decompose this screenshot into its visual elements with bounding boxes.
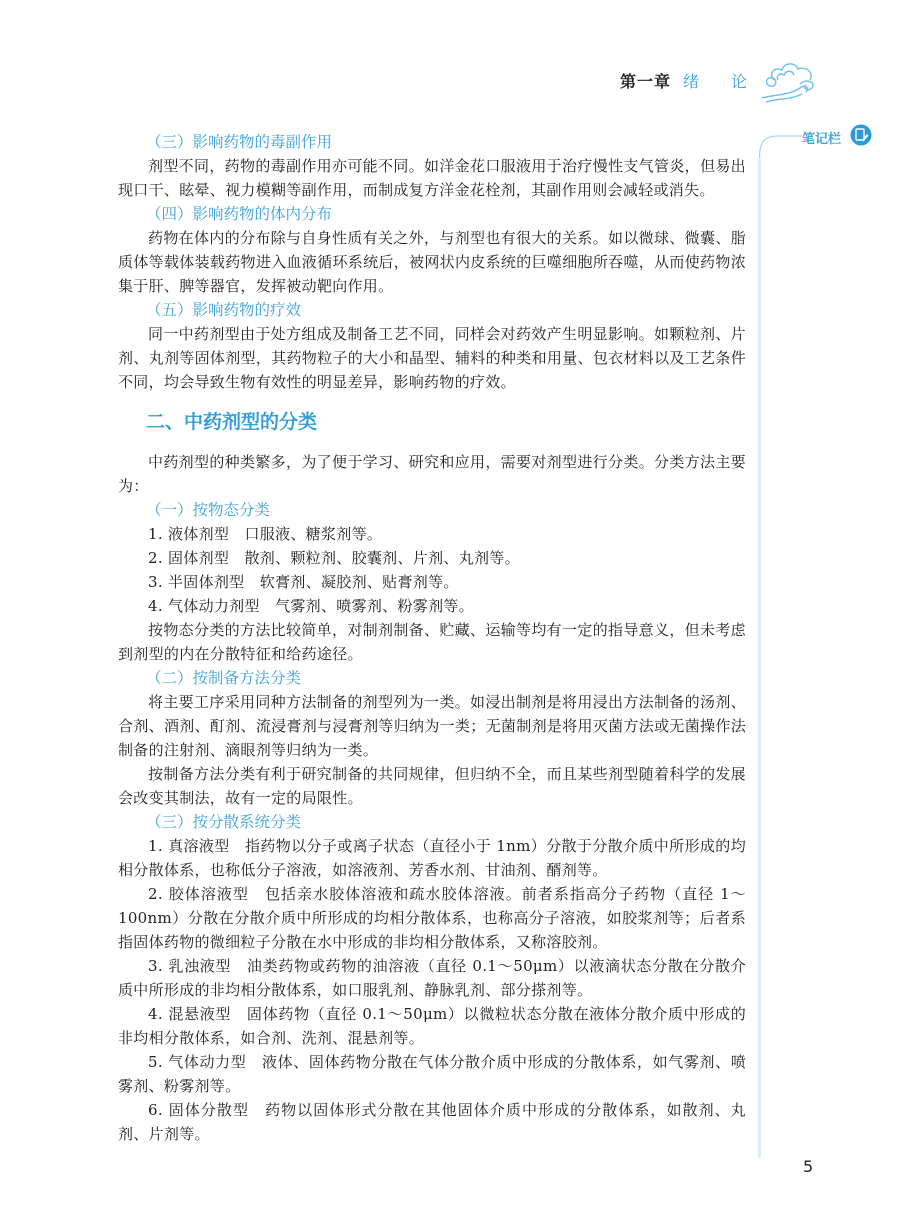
list-item: 6. 固体分散型 药物以固体形式分散在其他固体介质中形成的分散体系，如散剂、丸剂… — [118, 1098, 746, 1146]
paragraph: 按制备方法分类有利于研究制备的共同规律，但归纳不全，而且某些剂型随着科学的发展会… — [118, 762, 746, 810]
paragraph: 中药剂型的种类繁多，为了便于学习、研究和应用，需要对剂型进行分类。分类方法主要为… — [118, 450, 746, 498]
section-heading: （三）影响药物的毒副作用 — [146, 130, 746, 154]
list-item: 3. 乳浊液型 油类药物或药物的油溶液（直径 0.1～50μm）以液滴状态分散在… — [118, 954, 746, 1002]
section-heading: （二）按制备方法分类 — [146, 666, 746, 690]
notes-divider — [758, 158, 761, 1158]
chapter-section-heading: 二、中药剂型的分类 — [146, 408, 746, 436]
list-item: 4. 气体动力剂型 气雾剂、喷雾剂、粉雾剂等。 — [118, 594, 746, 618]
list-item: 3. 半固体剂型 软膏剂、凝胶剂、贴膏剂等。 — [118, 570, 746, 594]
section-heading: （三）按分散系统分类 — [146, 810, 746, 834]
section-heading: （一）按物态分类 — [146, 498, 746, 522]
page-body: （三）影响药物的毒副作用 剂型不同，药物的毒副作用亦可能不同。如洋金花口服液用于… — [118, 130, 746, 1146]
notes-column: 笔记栏 — [758, 128, 900, 1138]
running-header: 第一章 绪论 — [620, 62, 779, 98]
list-item: 5. 气体动力型 液体、固体药物分散在气体分散介质中形成的分散体系，如气雾剂、喷… — [118, 1050, 746, 1098]
section-heading: （四）影响药物的体内分布 — [146, 202, 746, 226]
notes-bracket — [758, 128, 802, 158]
list-item: 4. 混悬液型 固体药物（直径 0.1～50μm）以微粒状态分散在液体分散介质中… — [118, 1002, 746, 1050]
paragraph: 同一中药剂型由于处方组成及制备工艺不同，同样会对药效产生明显影响。如颗粒剂、片剂… — [118, 322, 746, 394]
notes-label: 笔记栏 — [802, 128, 841, 147]
paragraph: 将主要工序采用同种方法制备的剂型列为一类。如浸出制剂是将用浸出方法制备的汤剂、合… — [118, 690, 746, 762]
list-item: 2. 固体剂型 散剂、颗粒剂、胶囊剂、片剂、丸剂等。 — [118, 546, 746, 570]
paragraph: 剂型不同，药物的毒副作用亦可能不同。如洋金花口服液用于治疗慢性支气管炎，但易出现… — [118, 154, 746, 202]
page-number: 5 — [803, 1157, 813, 1176]
paragraph: 按物态分类的方法比较简单，对制剂制备、贮藏、运输等均有一定的指导意义，但未考虑到… — [118, 618, 746, 666]
section-heading: （五）影响药物的疗效 — [146, 298, 746, 322]
cloud-ornament-icon — [760, 58, 824, 104]
note-pencil-icon — [850, 124, 872, 146]
list-item: 1. 液体剂型 口服液、糖浆剂等。 — [118, 522, 746, 546]
list-item: 1. 真溶液型 指药物以分子或离子状态（直径小于 1nm）分散于分散介质中所形成… — [118, 834, 746, 882]
list-item: 2. 胶体溶液型 包括亲水胶体溶液和疏水胶体溶液。前者系指高分子药物（直径 1～… — [118, 882, 746, 954]
paragraph: 药物在体内的分布除与自身性质有关之外，与剂型也有很大的关系。如以微球、微囊、脂质… — [118, 226, 746, 298]
chapter-label: 第一章 — [620, 69, 671, 92]
